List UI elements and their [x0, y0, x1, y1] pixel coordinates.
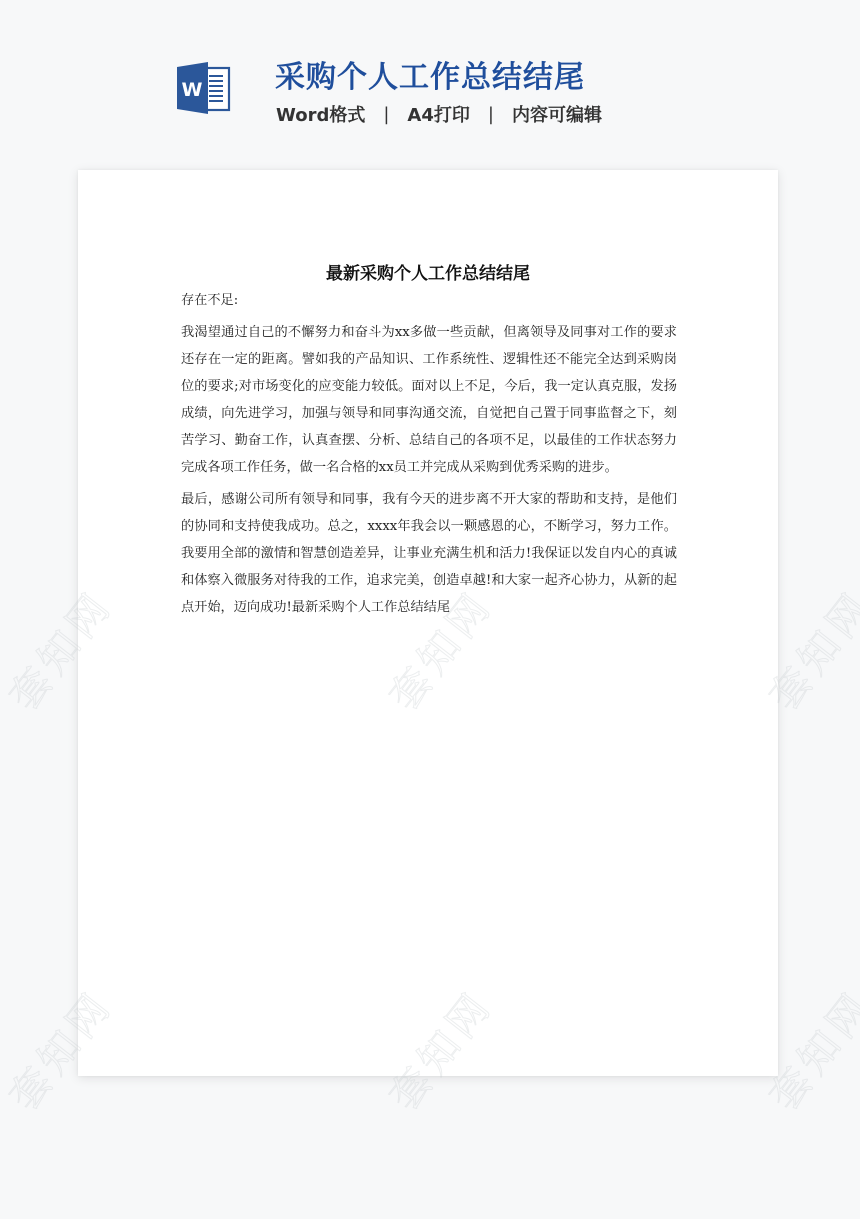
header: W 采购个人工作总结结尾 Word格式 | A4打印 | 内容可编辑	[0, 0, 860, 150]
document-body: 存在不足: 我渴望通过自己的不懈努力和奋斗为xx多做一些贡献，但离领导及同事对工…	[181, 287, 677, 626]
paragraph: 我渴望通过自己的不懈努力和奋斗为xx多做一些贡献，但离领导及同事对工作的要求还存…	[181, 319, 677, 481]
feature-editable: 内容可编辑	[512, 101, 602, 127]
feature-word-format: Word格式	[276, 101, 365, 127]
separator: |	[488, 104, 494, 125]
document-page: 最新采购个人工作总结结尾 存在不足: 我渴望通过自己的不懈努力和奋斗为xx多做一…	[78, 170, 778, 1076]
separator: |	[383, 104, 389, 125]
paragraph-heading: 存在不足:	[181, 287, 677, 314]
word-document-icon: W	[175, 60, 231, 116]
header-title: 采购个人工作总结结尾	[275, 52, 585, 96]
feature-list: Word格式 | A4打印 | 内容可编辑	[276, 101, 602, 127]
feature-a4-print: A4打印	[407, 101, 469, 127]
word-icon-letter: W	[182, 79, 203, 101]
document-title: 最新采购个人工作总结结尾	[78, 259, 778, 284]
paragraph: 最后，感谢公司所有领导和同事，我有今天的进步离不开大家的帮助和支持，是他们的协同…	[181, 486, 677, 621]
